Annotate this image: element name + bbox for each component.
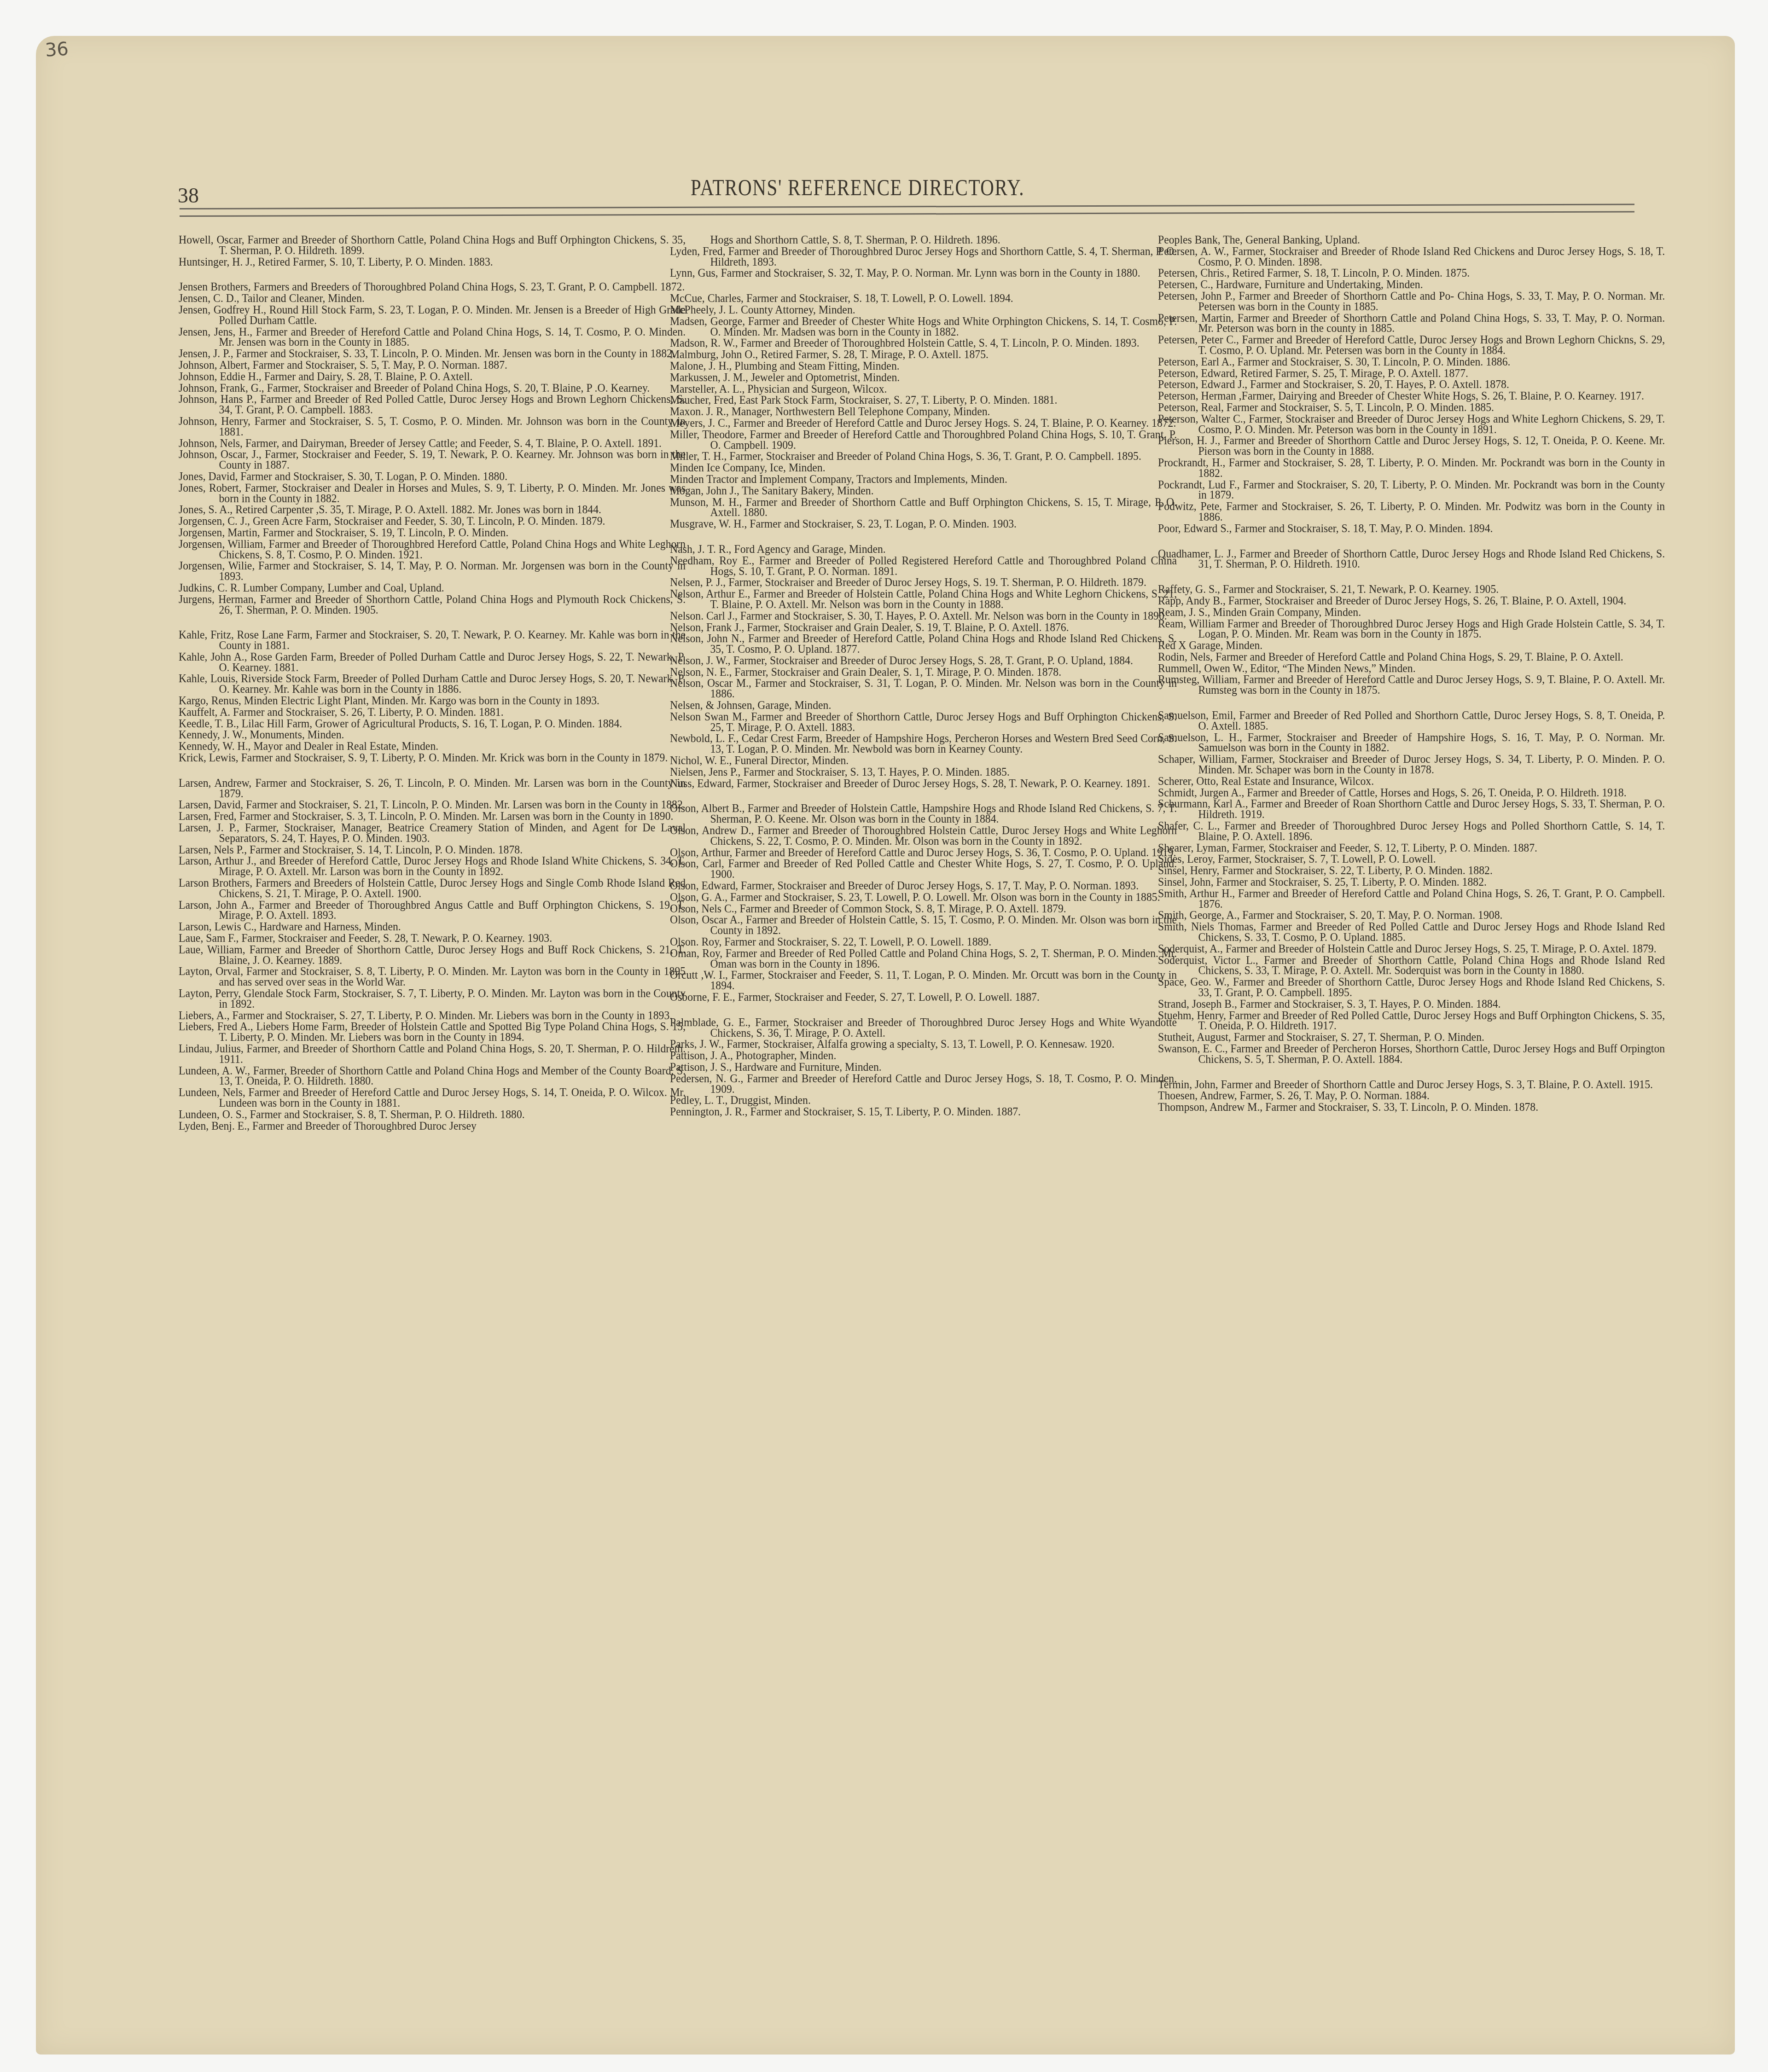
directory-entry: Lindau, Julius, Farmer, and Breeder of S… (179, 1044, 686, 1065)
directory-entry: Jorgensen, Wilie, Farmer and Stockraiser… (179, 561, 686, 582)
directory-entry: Schaper, William, Farmer, Stockraiser an… (1158, 754, 1665, 775)
directory-entry: Laue, William, Farmer and Breeder of Sho… (179, 945, 686, 966)
directory-entry: Nelson, Arthur E., Farmer and Breeder of… (670, 589, 1177, 610)
directory-entry: Soderquist, A., Farmer and Breeder of Ho… (1158, 944, 1665, 954)
directory-entry: Lundeen, O. S., Farmer and Stockraiser, … (179, 1109, 686, 1120)
directory-entry: Howell, Oscar, Farmer and Breeder of Sho… (179, 235, 686, 256)
directory-entry: Prockrandt, H., Farmer and Stockraiser, … (1158, 458, 1665, 479)
directory-entry: Kahle, Fritz, Rose Lane Farm, Farmer and… (179, 630, 686, 651)
directory-entry: Petersen, A. W., Farmer, Stockraiser and… (1158, 246, 1665, 267)
directory-entry: Nelsen, P. J., Farmer, Stockraiser and B… (670, 577, 1177, 588)
directory-entry: Jones, S. A., Retired Carpenter ,S. 35, … (179, 505, 686, 515)
directory-entry: Johnson, Eddie H., Farmer and Dairy, S. … (179, 371, 686, 382)
directory-entry: Nichol, W. E., Funeral Director, Minden. (670, 755, 1177, 766)
directory-entry: Jensen Brothers, Farmers and Breeders of… (179, 282, 686, 292)
directory-entry: Keedle, T. B., Lilac Hill Farm, Grower o… (179, 719, 686, 729)
directory-entry: Osborne, F. E., Farmer, Stockraiser and … (670, 992, 1177, 1003)
page-number: 38 (178, 183, 199, 208)
directory-entry: Newbold, L. F., Cedar Crest Farm, Breede… (670, 733, 1177, 755)
directory-entry: Soderquist, Victor L., Farmer and Breede… (1158, 955, 1665, 976)
directory-entry: Rodin, Nels, Farmer and Breeder of Heref… (1158, 652, 1665, 662)
directory-entry: McCue, Charles, Farmer and Stockraiser, … (670, 293, 1177, 304)
directory-entry: Jensen, C. D., Tailor and Cleaner, Minde… (179, 293, 686, 304)
directory-entry: Johnson, Nels, Farmer, and Dairyman, Bre… (179, 438, 686, 449)
directory-entry: Olson, Nels C., Farmer and Breeder of Co… (670, 904, 1177, 914)
directory-entry: Olson, Albert B., Farmer and Breeder of … (670, 803, 1177, 824)
directory-entry: Olson, Andrew D., Farmer and Breeder of … (670, 825, 1177, 847)
directory-entry: Nelson, N. E., Farmer, Stockraiser and G… (670, 667, 1177, 678)
directory-entry: Pierson, H. J., Farmer and Breeder of Sh… (1158, 435, 1665, 457)
directory-entry: Rumsteg, William, Farmer and Breeder of … (1158, 674, 1665, 696)
directory-entry: Thoesen, Andrew, Farmer, S. 26, T. May, … (1158, 1091, 1665, 1101)
directory-entry: Olson, Oscar A., Farmer and Breeder of H… (670, 915, 1177, 936)
directory-entry: Parks, J. W., Farmer, Stockraiser, Alfal… (670, 1039, 1177, 1050)
directory-entry: Krick, Lewis, Farmer and Stockraiser, S.… (179, 753, 686, 763)
directory-entry: Pattison, J. A., Photographer, Minden. (670, 1051, 1177, 1061)
directory-entry: Johnson, Frank, G., Farmer, Stockraiser … (179, 383, 686, 394)
directory-entry: McPheely, J. L. County Attorney, Minden. (670, 305, 1177, 315)
directory-entry: Nelson, John N., Farmer and Breeder of H… (670, 633, 1177, 655)
directory-entry: Larsen, J. P., Farmer, Stockraiser, Mana… (179, 823, 686, 844)
directory-entry: Larsen, Fred, Farmer and Stockraiser, S.… (179, 811, 686, 822)
directory-column-3: Peoples Bank, The, General Banking, Upla… (1158, 235, 1625, 1114)
directory-entry: Smith, Niels Thomas, Farmer and Breeder … (1158, 922, 1665, 943)
directory-entry: Larson, Lewis C., Hardware and Harness, … (179, 922, 686, 932)
directory-entry: Madson, R. W., Farmer and Breeder of Tho… (670, 338, 1177, 348)
directory-entry: Nelsen, & Johnsen, Garage, Minden. (670, 700, 1177, 711)
directory-entry: Oman, Roy, Farmer and Breeder of Red Pol… (670, 948, 1177, 969)
directory-entry: Termin, John, Farmer and Breeder of Shor… (1158, 1080, 1665, 1090)
directory-entry: Olson, Edward, Farmer, Stockraiser and B… (670, 881, 1177, 891)
directory-entry: Red X Garage, Minden. (1158, 640, 1665, 651)
directory-entry: Palmblade, G. E., Farmer, Stockraiser an… (670, 1017, 1177, 1039)
directory-entry: Maxon. J. R., Manager, Northwestern Bell… (670, 406, 1177, 417)
directory-entry: Larson, Arthur J., and Breeder of Herefo… (179, 856, 686, 877)
directory-entry: Quadhamer, L. J., Farmer and Breeder of … (1158, 549, 1665, 570)
directory-entry: Nelson Swan M., Farmer and Breeder of Sh… (670, 712, 1177, 733)
directory-entry: Jensen, Jens, H., Farmer and Breeder of … (179, 327, 686, 348)
directory-entry: Petersen, Peter C., Farmer and Breeder o… (1158, 335, 1665, 356)
directory-entry: Stutheit, August, Farmer and Stockraiser… (1158, 1032, 1665, 1043)
directory-entry: Kauffelt, A. Farmer and Stockraiser, S. … (179, 707, 686, 718)
directory-entry: Markussen, J. M., Jeweler and Optometris… (670, 372, 1177, 383)
directory-entry: Lyden, Fred, Farmer and Breeder of Thoro… (670, 246, 1177, 267)
directory-entry: Orcutt ,W. I., Farmer, Stockraiser and F… (670, 970, 1177, 991)
directory-entry: Shafer, C. L., Farmer and Breeder of Tho… (1158, 821, 1665, 842)
directory-entry: Ream, J. S., Minden Grain Company, Minde… (1158, 607, 1665, 618)
directory-entry: Jurgens, Herman, Farmer and Breeder of S… (179, 594, 686, 615)
directory-entry: Nash, J. T. R., Ford Agency and Garage, … (670, 544, 1177, 555)
directory-entry: Johnson, Hans P., Farmer and Breeder of … (179, 394, 686, 415)
directory-entry: Schurmann, Karl A., Farmer and Breeder o… (1158, 799, 1665, 820)
directory-entry: Samuelson, Emil, Farmer and Breeder of R… (1158, 710, 1665, 731)
directory-entry: Laue, Sam F., Farmer, Stockraiser and Fe… (179, 933, 686, 944)
directory-entry: Thompson, Andrew M., Farmer and Stockrai… (1158, 1102, 1665, 1113)
directory-entry: Kennedy, J. W., Monuments, Minden. (179, 730, 686, 740)
directory-entry: Pockrandt, Lud F., Farmer and Stockraise… (1158, 480, 1665, 501)
directory-entry: Peterson, Earl A., Farmer and Stockraise… (1158, 357, 1665, 367)
directory-entry: Liebers, A., Farmer and Stockraiser, S. … (179, 1010, 686, 1021)
directory-column-2: Hogs and Shorthorn Cattle, S. 8, T. Sher… (670, 235, 1137, 1118)
directory-entry: Nelson, J. W., Farmer, Stockraiser and B… (670, 656, 1177, 666)
directory-entry: Jorgensen, William, Farmer and Breeder o… (179, 539, 686, 560)
directory-entry: Petersen, Chris., Retired Farmer, S. 18,… (1158, 268, 1665, 279)
directory-entry: Jones, David, Farmer and Stockraiser, S.… (179, 471, 686, 482)
directory-entry: Needham, Roy E., Farmer and Breeder of P… (670, 556, 1177, 577)
directory-entry: Shearer, Lyman, Farmer, Stockraiser and … (1158, 843, 1665, 853)
directory-entry: Smith, George, A., Farmer and Stockraise… (1158, 910, 1665, 921)
directory-entry: Larson Brothers, Farmers and Breeders of… (179, 878, 686, 899)
directory-entry: Hogs and Shorthorn Cattle, S. 8, T. Sher… (670, 235, 1177, 245)
directory-entry: Sinsel, Henry, Farmer and Stockraiser, S… (1158, 865, 1665, 876)
directory-entry: Nielsen, Jens P., Farmer and Stockraiser… (670, 767, 1177, 778)
directory-entry: Ream, William Farmer and Breeder of Thor… (1158, 619, 1665, 640)
handwritten-page-mark: 36 (44, 38, 69, 61)
directory-entry: Maucher, Fred, East Park Stock Farm, Sto… (670, 395, 1177, 406)
directory-entry: Olson, Carl, Farmer and Breeder of Red P… (670, 859, 1177, 880)
directory-entry: Stuehm, Henry, Farmer and Breeder of Red… (1158, 1010, 1665, 1032)
directory-entry: Larson, John A., Farmer and Breeder of T… (179, 900, 686, 921)
directory-entry: Olson, G. A., Farmer and Stockraiser, S.… (670, 892, 1177, 903)
directory-entry: Pattison, J. S., Hardware and Furniture,… (670, 1062, 1177, 1073)
directory-entry: Lynn, Gus, Farmer and Stockraiser, S. 32… (670, 268, 1177, 279)
directory-entry: Peterson, Edward, Retired Farmer, S. 25,… (1158, 368, 1665, 379)
directory-entry: Peterson, Real, Farmer and Stockraiser, … (1158, 402, 1665, 413)
directory-entry: Larsen, Andrew, Farmer and Stockraiser, … (179, 778, 686, 799)
directory-entry: Peterson, Walter C., Farmer, Stockraiser… (1158, 414, 1665, 435)
directory-entry: Kahle, Louis, Riverside Stock Farm, Bree… (179, 673, 686, 695)
directory-entry: Space, Geo. W., Farmer and Breeder of Sh… (1158, 977, 1665, 998)
directory-entry: Jensen, Godfrey H., Round Hill Stock Far… (179, 305, 686, 326)
directory-entry: Lundeen, A. W., Farmer, Breeder of Short… (179, 1066, 686, 1087)
directory-entry: Samuelson, L. H., Farmer, Stockraiser an… (1158, 732, 1665, 754)
directory-entry: Kennedy, W. H., Mayor and Dealer in Real… (179, 741, 686, 752)
directory-entry: Peterson, Edward J., Farmer and Stockrai… (1158, 379, 1665, 390)
directory-entry: Layton, Perry, Glendale Stock Farm, Stoc… (179, 988, 686, 1010)
directory-entry: Nelson, Oscar M., Farmer and Stockraiser… (670, 678, 1177, 699)
directory-entry: Jorgensen, Martin, Farmer and Stockraise… (179, 528, 686, 538)
directory-entry: Larsen, Nels P., Farmer and Stockraiser,… (179, 845, 686, 855)
directory-entry: Strand, Joseph B., Farmer and Stockraise… (1158, 999, 1665, 1010)
directory-entry: Mogan, John J., The Sanitary Bakery, Min… (670, 486, 1177, 496)
directory-entry: Miller, Theodore, Farmer and Breeder of … (670, 429, 1177, 451)
directory-entry: Miller, T. H., Farmer, Stockraiser and B… (670, 451, 1177, 462)
directory-entry: Minden Tractor and Implement Company, Tr… (670, 474, 1177, 485)
directory-entry: Judkins, C. R. Lumber Company, Lumber an… (179, 583, 686, 593)
directory-entry: Pedley, L. T., Druggist, Minden. (670, 1095, 1177, 1106)
directory-entry: Meyers, J. C., Farmer and Breeder of Her… (670, 418, 1177, 429)
directory-entry: Huntsinger, H. J., Retired Farmer, S. 10… (179, 257, 686, 267)
directory-entry: Layton, Orval, Farmer and Stockraiser, S… (179, 966, 686, 987)
directory-entry: Sides, Leroy, Farmer, Stockraiser, S. 7,… (1158, 854, 1665, 865)
directory-entry: Malone, J. H., Plumbing and Steam Fittin… (670, 361, 1177, 371)
directory-entry: Jones, Robert, Farmer, Stockraiser and D… (179, 483, 686, 504)
directory-entry: Podwitz, Pete, Farmer and Stockraiser, S… (1158, 501, 1665, 522)
directory-entry: Jensen, J. P., Farmer and Stockraiser, S… (179, 348, 686, 359)
directory-entry: Peoples Bank, The, General Banking, Upla… (1158, 235, 1665, 245)
directory-entry: Larsen, David, Farmer and Stockraiser, S… (179, 800, 686, 810)
directory-entry: Peterson, Herman ,Farmer, Dairying and B… (1158, 391, 1665, 401)
directory-entry: Jorgensen, C. J., Green Acre Farm, Stock… (179, 516, 686, 527)
directory-entry: Pedersen, N. G., Farmer and Breeder of H… (670, 1074, 1177, 1095)
directory-entry: Johnson, Henry, Farmer and Stockraiser, … (179, 416, 686, 437)
directory-entry: Lyden, Benj. E., Farmer and Breeder of T… (179, 1121, 686, 1132)
directory-entry: Kargo, Renus, Minden Electric Light Plan… (179, 696, 686, 706)
directory-entry: Nelson, Frank J., Farmer, Stockraiser an… (670, 622, 1177, 633)
directory-entry: Rapp, Andy B., Farmer, Stockraiser and B… (1158, 596, 1665, 606)
directory-entry: Poor, Edward S., Farmer and Stockraiser,… (1158, 523, 1665, 534)
directory-entry: Olson, Arthur, Farmer and Breeder of Her… (670, 847, 1177, 858)
directory-entry: Musgrave, W. H., Farmer and Stockraiser,… (670, 519, 1177, 529)
directory-entry: Swanson, E. C., Farmer and Breeder of Pe… (1158, 1044, 1665, 1065)
directory-entry: Minden Ice Company, Ice, Minden. (670, 463, 1177, 473)
directory-entry: Sinsel, John, Farmer and Stockraiser, S.… (1158, 877, 1665, 888)
directory-entry: Nuss, Edward, Farmer, Stockraiser and Br… (670, 778, 1177, 789)
directory-entry: Lundeen, Nels, Farmer and Breeder of Her… (179, 1087, 686, 1109)
page-title: PATRONS' REFERENCE DIRECTORY. (691, 174, 1024, 201)
directory-entry: Petersen, C., Hardware, Furniture and Un… (1158, 279, 1665, 290)
directory-entry: Petersen, Martin, Farmer and Breeder of … (1158, 313, 1665, 334)
directory-entry: Kahle, John A., Rose Garden Farm, Breede… (179, 652, 686, 673)
directory-entry: Raffety, G. S., Farmer and Stockraiser, … (1158, 584, 1665, 595)
directory-entry: Pennington, J. R., Farmer and Stockraise… (670, 1107, 1177, 1117)
directory-entry: Rummell, Owen W., Editor, “The Minden Ne… (1158, 663, 1665, 674)
directory-entry: Liebers, Fred A., Liebers Home Farm, Bre… (179, 1021, 686, 1043)
directory-entry: Olson. Roy, Farmer and Stockraiser, S. 2… (670, 937, 1177, 947)
directory-entry: Johnson, Albert, Farmer and Stockraiser,… (179, 360, 686, 371)
directory-entry: Madsen, George, Farmer and Breeder of Ch… (670, 316, 1177, 337)
directory-entry: Scherer, Otto, Real Estate and Insurance… (1158, 776, 1665, 787)
directory-column-1: Howell, Oscar, Farmer and Breeder of Sho… (179, 235, 646, 1132)
directory-entry: Munson, M. H., Farmer and Breeder of Sho… (670, 497, 1177, 518)
directory-entry: Malmburg, John O., Retired Farmer, S. 28… (670, 349, 1177, 360)
directory-entry: Schmidt, Jurgen A., Farmer and Breeder o… (1158, 788, 1665, 798)
directory-entry: Petersen, John P., Farmer and Breeder of… (1158, 291, 1665, 312)
directory-entry: Smith, Arthur H., Farmer and Breeder of … (1158, 888, 1665, 910)
directory-entry: Nelson. Carl J., Farmer and Stockraiser,… (670, 611, 1177, 621)
directory-entry: Marsteller, A. L., Physician and Surgeon… (670, 384, 1177, 395)
directory-entry: Johnson, Oscar, J., Farmer, Stockraiser … (179, 449, 686, 470)
